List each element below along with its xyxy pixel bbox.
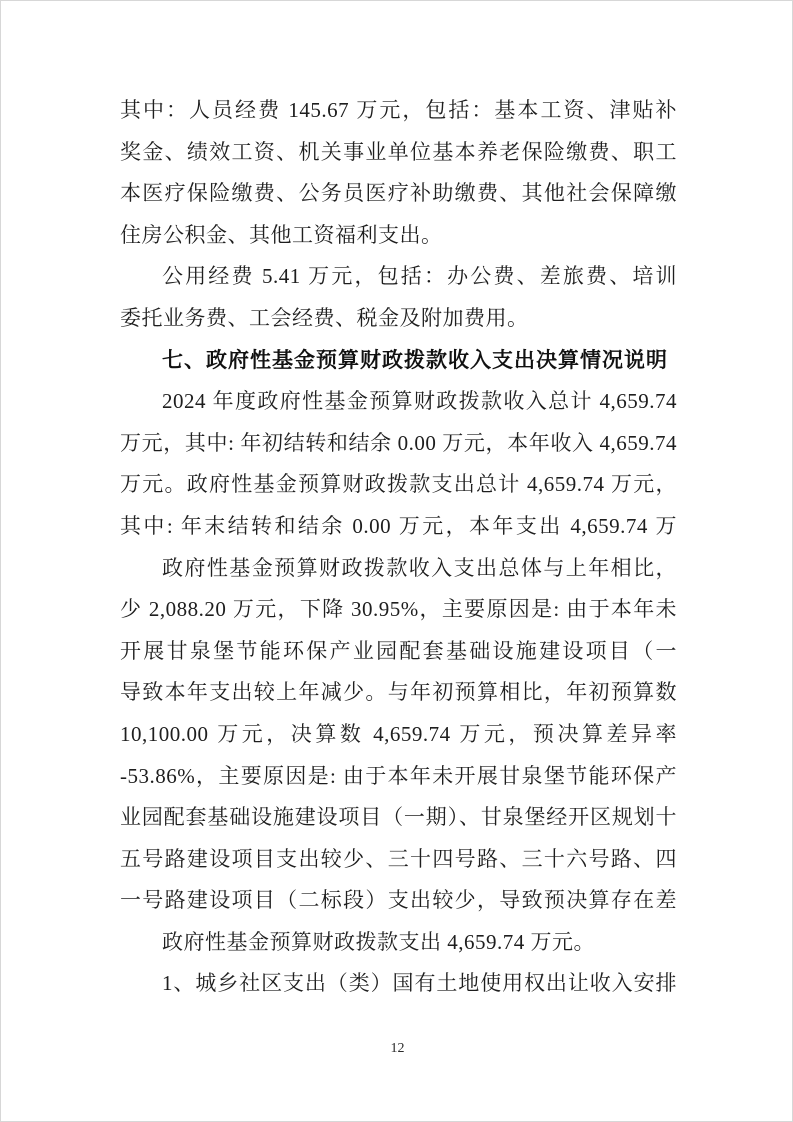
text-line: 其中：人员经费 145.67 万元，包括：基本工资、津贴补贴、 bbox=[120, 90, 677, 132]
text-line: 万元，其中: 年初结转和结余 0.00 万元，本年收入 4,659.74 bbox=[120, 423, 677, 465]
page-body-text: 其中：人员经费 145.67 万元，包括：基本工资、津贴补贴、 奖金、绩效工资、… bbox=[120, 90, 677, 1005]
text-line: 一号路建设项目（二标段）支出较少，导致预决算存在差异。 bbox=[120, 880, 677, 922]
text-line: 1、城乡社区支出（类）国有土地使用权出让收入安排 bbox=[120, 963, 677, 1005]
text-line: 政府性基金预算财政拨款支出 4,659.74 万元。 bbox=[120, 922, 677, 964]
text-line: -53.86%，主要原因是: 由于本年未开展甘泉堡节能环保产 bbox=[120, 756, 677, 798]
text-line: 五号路建设项目支出较少、三十四号路、三十六号路、四十 bbox=[120, 839, 677, 881]
text-line: 导致本年支出较上年减少。与年初预算相比，年初预算数 bbox=[120, 672, 677, 714]
section-heading: 七、政府性基金预算财政拨款收入支出决算情况说明 bbox=[120, 340, 677, 382]
text-line: 公用经费 5.41 万元，包括：办公费、差旅费、培训费、 bbox=[120, 256, 677, 298]
text-line: 开展甘泉堡节能环保产业园配套基础设施建设项目（一期）， bbox=[120, 631, 677, 673]
text-line: 政府性基金预算财政拨款收入支出总体与上年相比，减 bbox=[120, 548, 677, 590]
text-line: 委托业务费、工会经费、税金及附加费用。 bbox=[120, 298, 677, 340]
document-page: 其中：人员经费 145.67 万元，包括：基本工资、津贴补贴、 奖金、绩效工资、… bbox=[0, 0, 793, 1122]
text-line: 10,100.00 万元，决算数 4,659.74 万元，预决算差异率 bbox=[120, 714, 677, 756]
text-line: 本医疗保险缴费、公务员医疗补助缴费、其他社会保障缴费、 bbox=[120, 173, 677, 215]
text-line: 住房公积金、其他工资福利支出。 bbox=[120, 215, 677, 257]
text-line: 2024 年度政府性基金预算财政拨款收入总计 4,659.74 bbox=[120, 381, 677, 423]
text-line: 万元。政府性基金预算财政拨款支出总计 4,659.74 万元， bbox=[120, 464, 677, 506]
text-line: 少 2,088.20 万元，下降 30.95%，主要原因是: 由于本年未 bbox=[120, 589, 677, 631]
text-line: 其中: 年末结转和结余 0.00 万元，本年支出 4,659.74 万元。 bbox=[120, 506, 677, 548]
page-number: 12 bbox=[1, 1041, 793, 1057]
text-line: 业园配套基础设施建设项目（一期）、甘泉堡经开区规划十 bbox=[120, 797, 677, 839]
text-line: 奖金、绩效工资、机关事业单位基本养老保险缴费、职工基 bbox=[120, 132, 677, 174]
